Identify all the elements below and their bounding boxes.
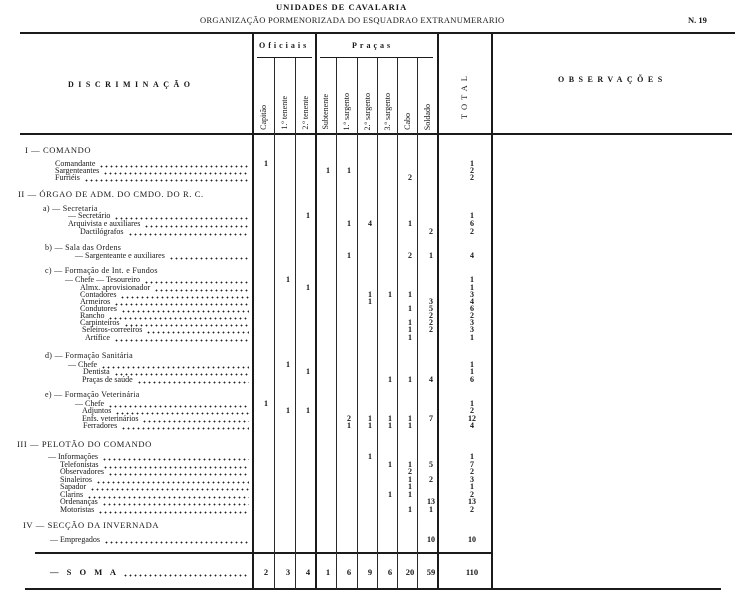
cell-3-sargento: 6 [380,568,400,577]
cell-cabo: 1 [400,421,420,430]
page-number: N. 19 [688,15,707,25]
header-bottom-rule [20,133,732,135]
dot-leader [137,375,249,384]
cell-cabo: 1 [400,333,420,342]
cell-total: 10 [453,535,491,544]
observacoes-header: OBSERVAÇÕES [558,75,667,84]
cell-2-tenente: 4 [298,568,318,577]
column-header-label: Soldado [423,104,432,130]
cell-total: 2 [453,227,491,236]
cell-cabo: 2 [400,251,420,260]
cell-3-sargento: 1 [380,375,400,384]
column-header-2-tenente: 2.º tenente [295,60,316,130]
cell-soldado: 1 [421,251,441,260]
soma-divider-rule [35,552,491,554]
cell-soldado: 10 [421,535,441,544]
table-row: Dactilógrafos 2 2 [0,227,492,236]
cell-total: 1 [453,333,491,342]
column-header-soldado: Soldado [417,60,438,130]
cell-total: 110 [453,568,491,577]
row-label: Furriéis [55,173,249,182]
row-label: Dactilógrafos [80,227,249,236]
cell-1-sargento: 1 [339,251,359,260]
row-label: — Empregados [50,535,249,544]
row-label: Ferradores [83,421,249,430]
cell-cabo: 20 [400,568,420,577]
table-row: Praças de saúde 1 1 4 6 [0,375,492,384]
group-pracas: Praças [352,41,393,50]
cell-1-tenente: 3 [278,568,298,577]
cell-cabo: 1 [400,375,420,384]
column-header-label: 3.º sargento [383,93,392,130]
row-label-text: Motoristas [60,505,94,514]
column-header-cabo: Cabo [397,60,418,130]
column-header-3-sargento: 3.º sargento [377,60,398,130]
cell-1-sargento: 6 [339,568,359,577]
cell-3-sargento: 1 [380,421,400,430]
table-row: Motoristas 1 1 2 [0,505,492,514]
cell-1-sargento: 1 [339,421,359,430]
subsection-heading: e) — Formação Veterinária [45,390,140,399]
cell-capitao: 2 [256,568,276,577]
dot-leader [169,251,249,260]
dot-leader [114,333,249,342]
soma-row: — S O M A 2 3 4 1 6 9 6 20 59 110 [0,568,492,577]
table-row: Artífice 1 1 [0,333,492,342]
cell-total: 2 [453,505,491,514]
dot-leader [123,568,249,577]
oficiais-underline [257,57,312,58]
table-row: Furriéis 2 2 [0,173,492,182]
document-title: UNIDADES DE CAVALARIA [276,2,407,12]
column-header-1-tenente: 1.º tenente [274,60,295,130]
cell-2-sargento: 1 [360,421,380,430]
cell-subtenente: 1 [318,568,338,577]
cell-soldado: 1 [421,505,441,514]
section-heading: II — ÓRGAO DE ADM. DO CMDO. DO R. C. [18,189,204,199]
column-header-capitao: Capitão [253,60,274,130]
row-label-text: Furriéis [55,173,80,182]
cell-soldado: 59 [421,568,441,577]
table-row: — Empregados 10 10 [0,535,492,544]
dot-leader [84,173,249,182]
column-header-2-sargento: 2.º sargento [357,60,378,130]
row-label-text: Artífice [85,333,110,342]
cell-total: 4 [453,251,491,260]
soma-label-text: — S O M A [50,568,119,577]
row-label-text: Ferradores [83,421,117,430]
bottom-rule [25,588,721,590]
dot-leader [121,421,249,430]
row-label-text: — Empregados [50,535,100,544]
cell-cabo: 2 [400,173,420,182]
row-label: Artífice [85,333,249,342]
dot-leader [104,535,249,544]
column-header-label: 1.º sargento [342,93,351,130]
discriminacao-header: DISCRIMINAÇÃO [68,80,195,89]
cell-cabo: 1 [400,505,420,514]
section-heading: I — COMANDO [25,145,91,155]
column-header-1-sargento: 1.º sargento [336,60,357,130]
row-label: — Sargenteante e auxiliares [75,251,249,260]
table-row: — Sargenteante e auxiliares 1 2 1 4 [0,251,492,260]
dot-leader [98,505,249,514]
column-header-label: 2.º sargento [363,93,372,130]
cell-total: 6 [453,375,491,384]
document-subtitle: ORGANIZAÇÃO PORMENORIZADA DO ESQUADRAO E… [200,15,504,25]
section-heading: IV — SECÇÃO DA INVERNADA [23,520,159,530]
dot-leader [128,227,249,236]
row-label: Praças de saúde [82,375,249,384]
row-label-text: Dactilógrafos [80,227,124,236]
subsection-heading: d) — Formação Sanitária [45,351,133,360]
column-header-label: 1.º tenente [280,96,289,130]
column-header-label: 2.º tenente [301,96,310,130]
table-row: Ferradores 1 1 1 1 4 [0,421,492,430]
column-header-total: TOTAL [437,62,491,130]
column-header-label: TOTAL [459,72,469,119]
row-label-text: Praças de saúde [82,375,133,384]
column-header-label: Capitão [259,105,268,130]
column-header-label: Subtenente [321,94,330,130]
top-rule [20,32,735,34]
section-heading: III — PELOTÃO DO COMANDO [17,439,152,449]
subsection-heading: c) — Formação de Int. e Fundos [45,266,158,275]
row-label-text: — Sargenteante e auxiliares [75,251,165,260]
cell-soldado: 4 [421,375,441,384]
cell-total: 4 [453,421,491,430]
cell-2-sargento: 9 [360,568,380,577]
column-header-label: Cabo [403,113,412,130]
row-label: Motoristas [60,505,249,514]
soma-label: — S O M A [50,568,249,577]
cell-total: 2 [453,173,491,182]
column-header-subtenente: Subtenente [315,60,336,130]
cell-soldado: 2 [421,227,441,236]
group-oficiais: Oficiais [259,41,309,50]
